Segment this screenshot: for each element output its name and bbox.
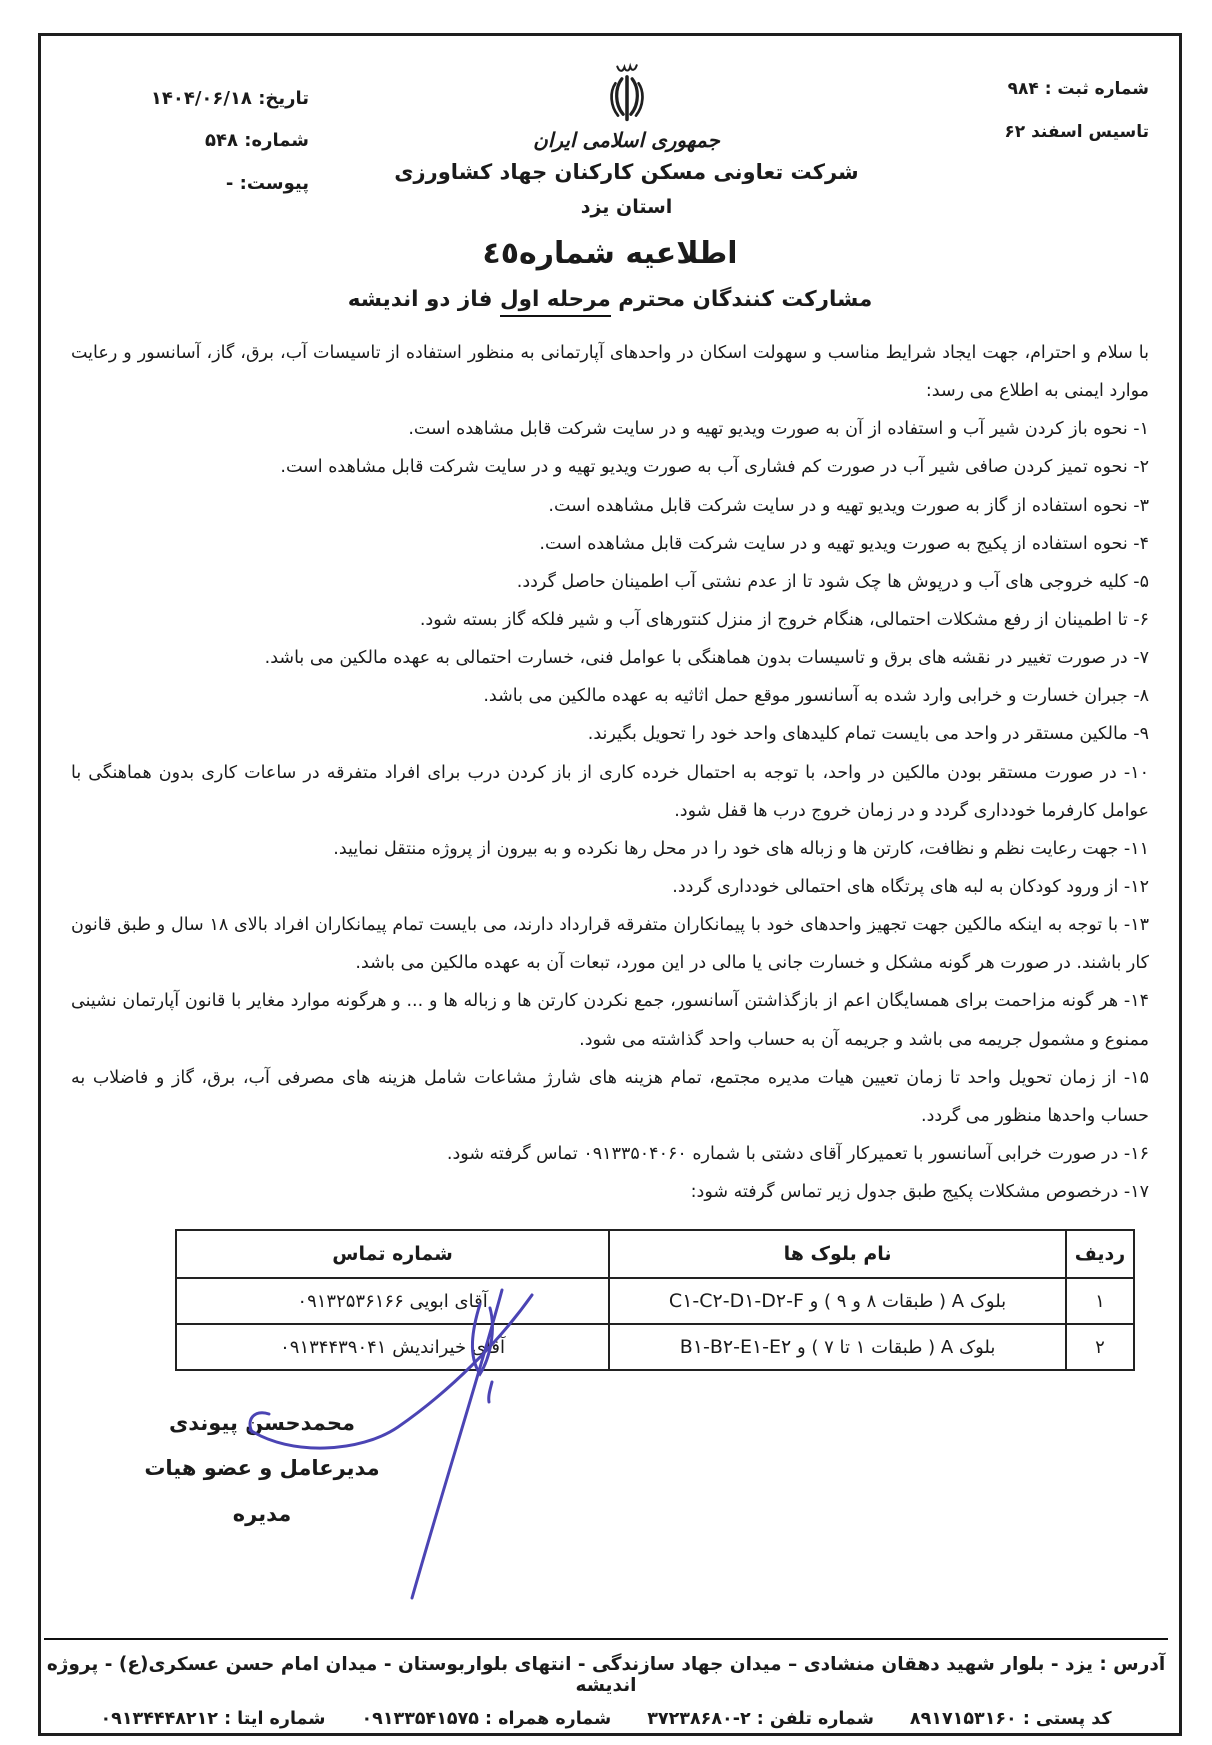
contact-cell: آقای خیراندیش ۰۹۱۳۴۴۳۹۰۴۱	[176, 1324, 609, 1370]
letter-date: تاریخ: ۱۴۰۴/۰۶/۱۸	[71, 78, 309, 120]
scanned-notice-page: { "letterhead": { "registration": { "num…	[0, 0, 1212, 1745]
notice-item-1: ۱- نحوه باز کردن شیر آب و استفاده از آن …	[71, 410, 1149, 448]
footer-address: آدرس : یزد - بلوار شهید دهقان منشادی – م…	[34, 1654, 1178, 1696]
letterhead: شماره ثبت : ۹۸۴ تاسیس اسفند ۶۲ جمهوری اس…	[71, 56, 1149, 218]
salutation-post: فاز دو اندیشه	[348, 287, 500, 312]
intro-paragraph: با سلام و احترام، جهت ایجاد شرایط مناسب …	[71, 334, 1149, 410]
phone-number: شماره تلفن : ۲-۳۷۲۳۸۶۸۰	[647, 1709, 874, 1729]
row-number-cell: ۲	[1066, 1324, 1134, 1370]
notice-item-11: ۱۱- جهت رعایت نظم و نظافت، کارتن ها و زب…	[71, 830, 1149, 868]
signatory-role: مدیرعامل و عضو هیات مدیره	[117, 1446, 407, 1536]
letter-attachment: پیوست: -	[71, 163, 309, 205]
notice-item-5: ۵- کلیه خروجی های آب و درپوش ها چک شود ت…	[71, 563, 1149, 601]
letterhead-center: جمهوری اسلامی ایران شرکت تعاونی مسکن کار…	[309, 56, 944, 218]
notice-item-3: ۳- نحوه استفاده از گاز به صورت ویدیو تهی…	[71, 487, 1149, 525]
column-header-contact-number: شماره تماس	[176, 1230, 609, 1278]
registration-block: شماره ثبت : ۹۸۴ تاسیس اسفند ۶۲	[944, 56, 1149, 155]
block-fa-text: بلوک A ( طبقات ۸ و ۹ ) و	[810, 1291, 1007, 1312]
organization-name: شرکت تعاونی مسکن کارکنان جهاد کشاورزی	[309, 160, 944, 184]
iran-emblem-icon	[598, 56, 656, 130]
block-latin-text: B۱-B۲-E۱-E۲	[680, 1336, 791, 1358]
table-row: ۱ بلوک A ( طبقات ۸ و ۹ ) و C۱-C۲-D۱-D۲-F…	[176, 1278, 1134, 1324]
founded-date: تاسیس اسفند ۶۲	[944, 111, 1149, 154]
notice-item-4: ۴- نحوه استفاده از پکیج به صورت ویدیو ته…	[71, 525, 1149, 563]
page-footer: آدرس : یزد - بلوار شهید دهقان منشادی – م…	[34, 1638, 1178, 1729]
notice-title: اطلاعیه شماره٤٥	[71, 236, 1149, 271]
salutation-underlined-phrase: مرحله اول	[500, 287, 611, 317]
province-name: استان یزد	[309, 196, 944, 218]
notice-item-15: ۱۵- از زمان تحویل واحد تا زمان تعیین هیا…	[71, 1059, 1149, 1135]
notice-item-2: ۲- نحوه تمیز کردن صافی شیر آب در صورت کم…	[71, 448, 1149, 486]
footer-divider	[44, 1638, 1168, 1640]
footer-contact-line: کد پستی : ۸۹۱۷۱۵۳۱۶۰ شماره تلفن : ۲-۳۷۲۳…	[34, 1709, 1178, 1729]
block-fa-text: بلوک A ( طبقات ۱ تا ۷ ) و	[797, 1337, 995, 1358]
block-latin-text: C۱-C۲-D۱-D۲-F	[669, 1290, 804, 1312]
column-header-block-names: نام بلوک ها	[609, 1230, 1066, 1278]
notice-item-14: ۱۴- هر گونه مزاحمت برای همسایگان اعم از …	[71, 982, 1149, 1058]
salutation-pre: مشارکت کنندگان محترم	[611, 287, 872, 312]
notice-item-9: ۹- مالکین مستقر در واحد می بایست تمام کل…	[71, 715, 1149, 753]
notice-body: با سلام و احترام، جهت ایجاد شرایط مناسب …	[71, 334, 1149, 1211]
letter-meta-block: تاریخ: ۱۴۰۴/۰۶/۱۸ شماره: ۵۴۸ پیوست: -	[71, 56, 309, 205]
block-names-cell: بلوک A ( طبقات ۸ و ۹ ) و C۱-C۲-D۱-D۲-F	[609, 1278, 1066, 1324]
notice-item-7: ۷- در صورت تغییر در نقشه های برق و تاسیس…	[71, 639, 1149, 677]
table-row: ۲ بلوک A ( طبقات ۱ تا ۷ ) و B۱-B۲-E۱-E۲ …	[176, 1324, 1134, 1370]
table-header-row: ردیف نام بلوک ها شماره تماس	[176, 1230, 1134, 1278]
row-number-cell: ۱	[1066, 1278, 1134, 1324]
postal-code: کد پستی : ۸۹۱۷۱۵۳۱۶۰	[910, 1709, 1112, 1729]
notice-item-8: ۸- جبران خسارت و خرابی وارد شده به آسانس…	[71, 677, 1149, 715]
contact-cell: آقای ابویی ۰۹۱۳۲۵۳۶۱۶۶	[176, 1278, 609, 1324]
letter-number: شماره: ۵۴۸	[71, 120, 309, 162]
column-header-row-number: ردیف	[1066, 1230, 1134, 1278]
notice-item-16: ۱۶- در صورت خرابی آسانسور با تعمیرکار آق…	[71, 1135, 1149, 1173]
notice-item-17: ۱۷- درخصوص مشکلات پکیج طبق جدول زیر تماس…	[71, 1173, 1149, 1211]
notice-item-6: ۶- تا اطمینان از رفع مشکلات احتمالی، هنگ…	[71, 601, 1149, 639]
notice-item-10: ۱۰- در صورت مستقر بودن مالکین در واحد، ب…	[71, 754, 1149, 830]
page-border-frame: شماره ثبت : ۹۸۴ تاسیس اسفند ۶۲ جمهوری اس…	[38, 33, 1182, 1736]
notice-item-12: ۱۲- از ورود کودکان به لبه های پرتگاه های…	[71, 868, 1149, 906]
salutation-line: مشارکت کنندگان محترم مرحله اول فاز دو ان…	[71, 287, 1149, 312]
signature-block: محمدحسن پیوندی مدیرعامل و عضو هیات مدیره	[117, 1401, 407, 1536]
signatory-name: محمدحسن پیوندی	[117, 1401, 407, 1446]
notice-item-13: ۱۳- با توجه به اینکه مالکین جهت تجهیز وا…	[71, 906, 1149, 982]
mobile-number: شماره همراه : ۰۹۱۳۳۵۴۱۵۷۵	[361, 1709, 611, 1729]
registration-number: شماره ثبت : ۹۸۴	[944, 68, 1149, 111]
block-names-cell: بلوک A ( طبقات ۱ تا ۷ ) و B۱-B۲-E۱-E۲	[609, 1324, 1066, 1370]
contacts-table: ردیف نام بلوک ها شماره تماس ۱ بلوک A ( ط…	[175, 1229, 1135, 1371]
emblem-caption: جمهوری اسلامی ایران	[309, 128, 944, 152]
eitaa-number: شماره ایتا : ۰۹۱۳۴۴۴۸۲۱۲	[100, 1709, 325, 1729]
